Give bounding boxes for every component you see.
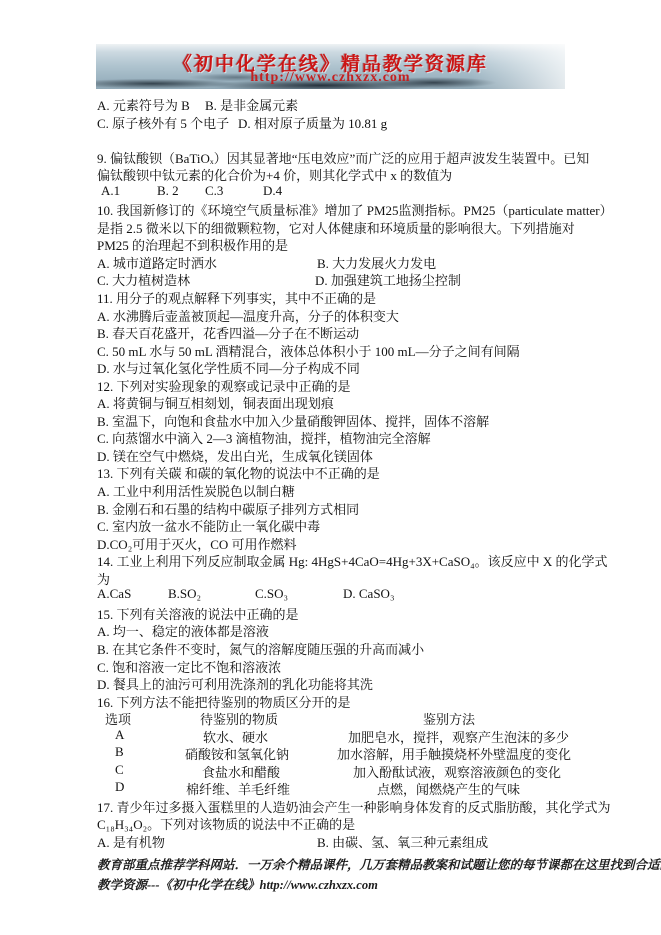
text-segment: 9. 偏钛酸钡（BaTiOₓ）因其显著地“压电效应”而广泛的应用于超声波发生装置… — [97, 148, 589, 167]
text-segment: D.4 — [263, 183, 282, 199]
text-segment: 加水溶解，用手触摸烧杯外壁温度的变化 — [337, 744, 571, 763]
text-line: A. 工业中利用活性炭脱色以制白糖 — [97, 481, 565, 499]
text-segment: 14. 工业上利用下列反应制取金属 Hg: 4HgS+4CaO=4Hg+3X+C… — [97, 551, 608, 570]
option-row: C. 原子核外有 5 个电子D. 相对原子质量为 10.81 g — [97, 113, 565, 131]
text-segment: 鉴别方法 — [423, 709, 475, 728]
text-segment: 棉纤维、羊毛纤维 — [186, 779, 290, 798]
text-segment: A. 水沸腾后壶盖被顶起—温度升高，分子的体积变大 — [97, 306, 399, 325]
text-segment: C. 室内放一盆水不能防止一氧化碳中毒 — [97, 516, 320, 535]
text-segment: B. 大力发展火力发电 — [317, 253, 436, 272]
text-line: 15. 下列有关溶液的说法中正确的是 — [97, 604, 565, 622]
footer-line-2: 教学资源---《初中化学在线》http://www.czhxzx.com — [97, 875, 565, 895]
text-segment: 待鉴别的物质 — [200, 709, 278, 728]
text-segment: D. 水与过氧化氢化学性质不同—分子构成不同 — [97, 358, 360, 377]
text-segment: 硝酸铵和氢氧化钠 — [185, 744, 289, 763]
text-line: B. 在其它条件不变时，氮气的溶解度随压强的升高而减小 — [97, 639, 565, 657]
text-segment: A. 元素符号为 B — [97, 95, 190, 114]
text-segment: 为 — [97, 569, 110, 588]
text-line: C₁₈H₃₄O₂。下列对该物质的说法中不正确的是 — [97, 814, 565, 832]
table-row: B硝酸铵和氢氧化钠加水溶解，用手触摸烧杯外壁温度的变化 — [97, 744, 565, 762]
text-segment: A. 将黄铜与铜互相刻划，铜表面出现划痕 — [97, 393, 334, 412]
text-line: 为 — [97, 569, 565, 587]
footer: 教育部重点推荐学科网站．一万余个精品课件，几万套精品教案和试题让您的每节课都在这… — [97, 855, 565, 895]
text-line: 11. 用分子的观点解释下列事实，其中不正确的是 — [97, 288, 565, 306]
text-line: A. 水沸腾后壶盖被顶起—温度升高，分子的体积变大 — [97, 306, 565, 324]
text-segment: 10. 我国新修订的《环境空气质量标准》增加了 PM25监测指标。PM25（pa… — [97, 200, 613, 219]
text-segment: A. 城市道路定时洒水 — [97, 253, 217, 272]
text-segment: 软水、硬水 — [203, 727, 268, 746]
text-segment: PM25 的治理起不到积极作用的是 — [97, 235, 288, 254]
text-segment: B. 在其它条件不变时，氮气的溶解度随压强的升高而减小 — [97, 639, 424, 658]
text-segment: 点燃，闻燃烧产生的气味 — [377, 779, 520, 798]
text-line: 偏钛酸钡中钛元素的化合价为+4 价，则其化学式中 x 的数值为 — [97, 165, 565, 183]
text-segment: D.CO₂可用于灭火，CO 可用作燃料 — [97, 534, 297, 553]
option-row: A. 元素符号为 BB. 是非金属元素 — [97, 95, 565, 113]
text-segment: A — [115, 727, 124, 743]
text-segment: B. 室温下，向饱和食盐水中加入少量硝酸钾固体、搅拌，固体不溶解 — [97, 411, 489, 430]
text-line: B. 金刚石和石墨的结构中碳原子排列方式相同 — [97, 499, 565, 517]
text-line: D. 餐具上的油污可利用洗涤剂的乳化功能将其洗 — [97, 674, 565, 692]
text-segment: A.CaS — [97, 586, 131, 602]
text-segment: D — [115, 779, 124, 795]
text-segment: A. 是有机物 — [97, 832, 165, 851]
text-segment: 13. 下列有关碳 和碳的氧化物的说法中不正确的是 — [97, 463, 380, 482]
text-segment: 11. 用分子的观点解释下列事实，其中不正确的是 — [97, 288, 376, 307]
text-segment: A.1 — [101, 183, 120, 199]
text-line: 10. 我国新修订的《环境空气质量标准》增加了 PM25监测指标。PM25（pa… — [97, 200, 565, 218]
option-row: A. 城市道路定时洒水B. 大力发展火力发电 — [97, 253, 565, 271]
text-segment: D. 餐具上的油污可利用洗涤剂的乳化功能将其洗 — [97, 674, 373, 693]
text-line: 17. 青少年过多摄入蛋糕里的人造奶油会产生一种影响身体发育的反式脂肪酸，其化学… — [97, 797, 565, 815]
text-segment: 16. 下列方法不能把待鉴别的物质区分开的是 — [97, 692, 351, 711]
text-segment: 偏钛酸钡中钛元素的化合价为+4 价，则其化学式中 x 的数值为 — [97, 165, 452, 184]
text-line: 16. 下列方法不能把待鉴别的物质区分开的是 — [97, 692, 565, 710]
text-segment: C. 向蒸馏水中滴入 2—3 滴植物油，搅拌，植物油完全溶解 — [97, 428, 431, 447]
text-line: A. 均一、稳定的液体都是溶液 — [97, 621, 565, 639]
text-line: C. 50 mL 水与 50 mL 酒精混合，液体总体积小于 100 mL—分子… — [97, 341, 565, 359]
footer-line-1: 教育部重点推荐学科网站．一万余个精品课件，几万套精品教案和试题让您的每节课都在这… — [97, 855, 565, 875]
table-header-row: 选项待鉴别的物质鉴别方法 — [97, 709, 565, 727]
table-row: A软水、硬水加肥皂水，搅拌，观察产生泡沫的多少 — [97, 727, 565, 745]
text-segment: C — [115, 762, 124, 778]
text-segment: D. CaSO₃ — [343, 586, 394, 602]
text-segment: 食盐水和醋酸 — [202, 762, 280, 781]
text-line: 14. 工业上利用下列反应制取金属 Hg: 4HgS+4CaO=4Hg+3X+C… — [97, 551, 565, 569]
text-line: D. 水与过氧化氢化学性质不同—分子构成不同 — [97, 358, 565, 376]
text-segment: B. 春天百花盛开，花香四溢—分子在不断运动 — [97, 323, 359, 342]
text-segment: C. 原子核外有 5 个电子 — [97, 113, 229, 132]
text-line: D.CO₂可用于灭火，CO 可用作燃料 — [97, 534, 565, 552]
text-segment: 15. 下列有关溶液的说法中正确的是 — [97, 604, 299, 623]
text-line: A. 将黄铜与铜互相刻划，铜表面出现划痕 — [97, 393, 565, 411]
text-segment: B. 由碳、氢、氧三种元素组成 — [317, 832, 488, 851]
text-line: 9. 偏钛酸钡（BaTiOₓ）因其显著地“压电效应”而广泛的应用于超声波发生装置… — [97, 148, 565, 166]
text-segment: A. 均一、稳定的液体都是溶液 — [97, 621, 269, 640]
text-segment: C. 大力植树造林 — [97, 270, 190, 289]
text-segment: A. 工业中利用活性炭脱色以制白糖 — [97, 481, 295, 500]
text-segment: B. 2 — [157, 183, 179, 199]
banner-image: 《初中化学在线》精品教学资源库 http://www.czhxzx.com — [96, 44, 565, 89]
text-line: PM25 的治理起不到积极作用的是 — [97, 235, 565, 253]
table-row: D棉纤维、羊毛纤维点燃，闻燃烧产生的气味 — [97, 779, 565, 797]
text-segment: C.SO₃ — [255, 586, 288, 602]
text-segment: 12. 下列对实验现象的观察或记录中正确的是 — [97, 376, 351, 395]
text-segment: 17. 青少年过多摄入蛋糕里的人造奶油会产生一种影响身体发育的反式脂肪酸，其化学… — [97, 797, 611, 816]
text-segment: B.SO₂ — [168, 586, 201, 602]
text-segment: D. 镁在空气中燃烧，发出白光，生成氧化镁固体 — [97, 446, 373, 465]
option-row: A.1B. 2C.3D.4 — [97, 183, 565, 201]
text-segment: C. 50 mL 水与 50 mL 酒精混合，液体总体积小于 100 mL—分子… — [97, 341, 520, 360]
text-segment: 选项 — [105, 709, 131, 728]
text-segment: B. 金刚石和石墨的结构中碳原子排列方式相同 — [97, 499, 359, 518]
option-row: A. 是有机物B. 由碳、氢、氧三种元素组成 — [97, 832, 565, 850]
text-segment: 加入酚酞试液，观察溶液颜色的变化 — [353, 762, 561, 781]
text-line: 13. 下列有关碳 和碳的氧化物的说法中不正确的是 — [97, 463, 565, 481]
text-segment: D. 相对原子质量为 10.81 g — [238, 113, 387, 132]
text-line: D. 镁在空气中燃烧，发出白光，生成氧化镁固体 — [97, 446, 565, 464]
text-segment: 是指 2.5 微米以下的细微颗粒物，它对人体健康和环境质量的影响很大。下列措施对 — [97, 218, 575, 237]
text-line: B. 室温下，向饱和食盐水中加入少量硝酸钾固体、搅拌，固体不溶解 — [97, 411, 565, 429]
text-segment: C.3 — [205, 183, 223, 199]
text-line: B. 春天百花盛开，花香四溢—分子在不断运动 — [97, 323, 565, 341]
text-segment: C₁₈H₃₄O₂。下列对该物质的说法中不正确的是 — [97, 814, 355, 833]
banner-url-link[interactable]: http://www.czhxzx.com — [96, 70, 565, 86]
text-line: C. 向蒸馏水中滴入 2—3 滴植物油，搅拌，植物油完全溶解 — [97, 428, 565, 446]
text-segment: C. 饱和溶液一定比不饱和溶液浓 — [97, 657, 281, 676]
option-row: A.CaSB.SO₂C.SO₃D. CaSO₃ — [97, 586, 565, 604]
text-segment: B. 是非金属元素 — [205, 95, 298, 114]
text-segment: B — [115, 744, 124, 760]
blank-line — [97, 130, 565, 148]
table-row: C食盐水和醋酸加入酚酞试液，观察溶液颜色的变化 — [97, 762, 565, 780]
text-line: C. 饱和溶液一定比不饱和溶液浓 — [97, 657, 565, 675]
document-body: A. 元素符号为 BB. 是非金属元素C. 原子核外有 5 个电子D. 相对原子… — [97, 95, 565, 850]
option-row: C. 大力植树造林D. 加强建筑工地扬尘控制 — [97, 270, 565, 288]
text-segment: 加肥皂水，搅拌，观察产生泡沫的多少 — [348, 727, 569, 746]
text-line: 12. 下列对实验现象的观察或记录中正确的是 — [97, 376, 565, 394]
text-segment: D. 加强建筑工地扬尘控制 — [315, 270, 461, 289]
text-line: 是指 2.5 微米以下的细微颗粒物，它对人体健康和环境质量的影响很大。下列措施对 — [97, 218, 565, 236]
text-line: C. 室内放一盆水不能防止一氧化碳中毒 — [97, 516, 565, 534]
